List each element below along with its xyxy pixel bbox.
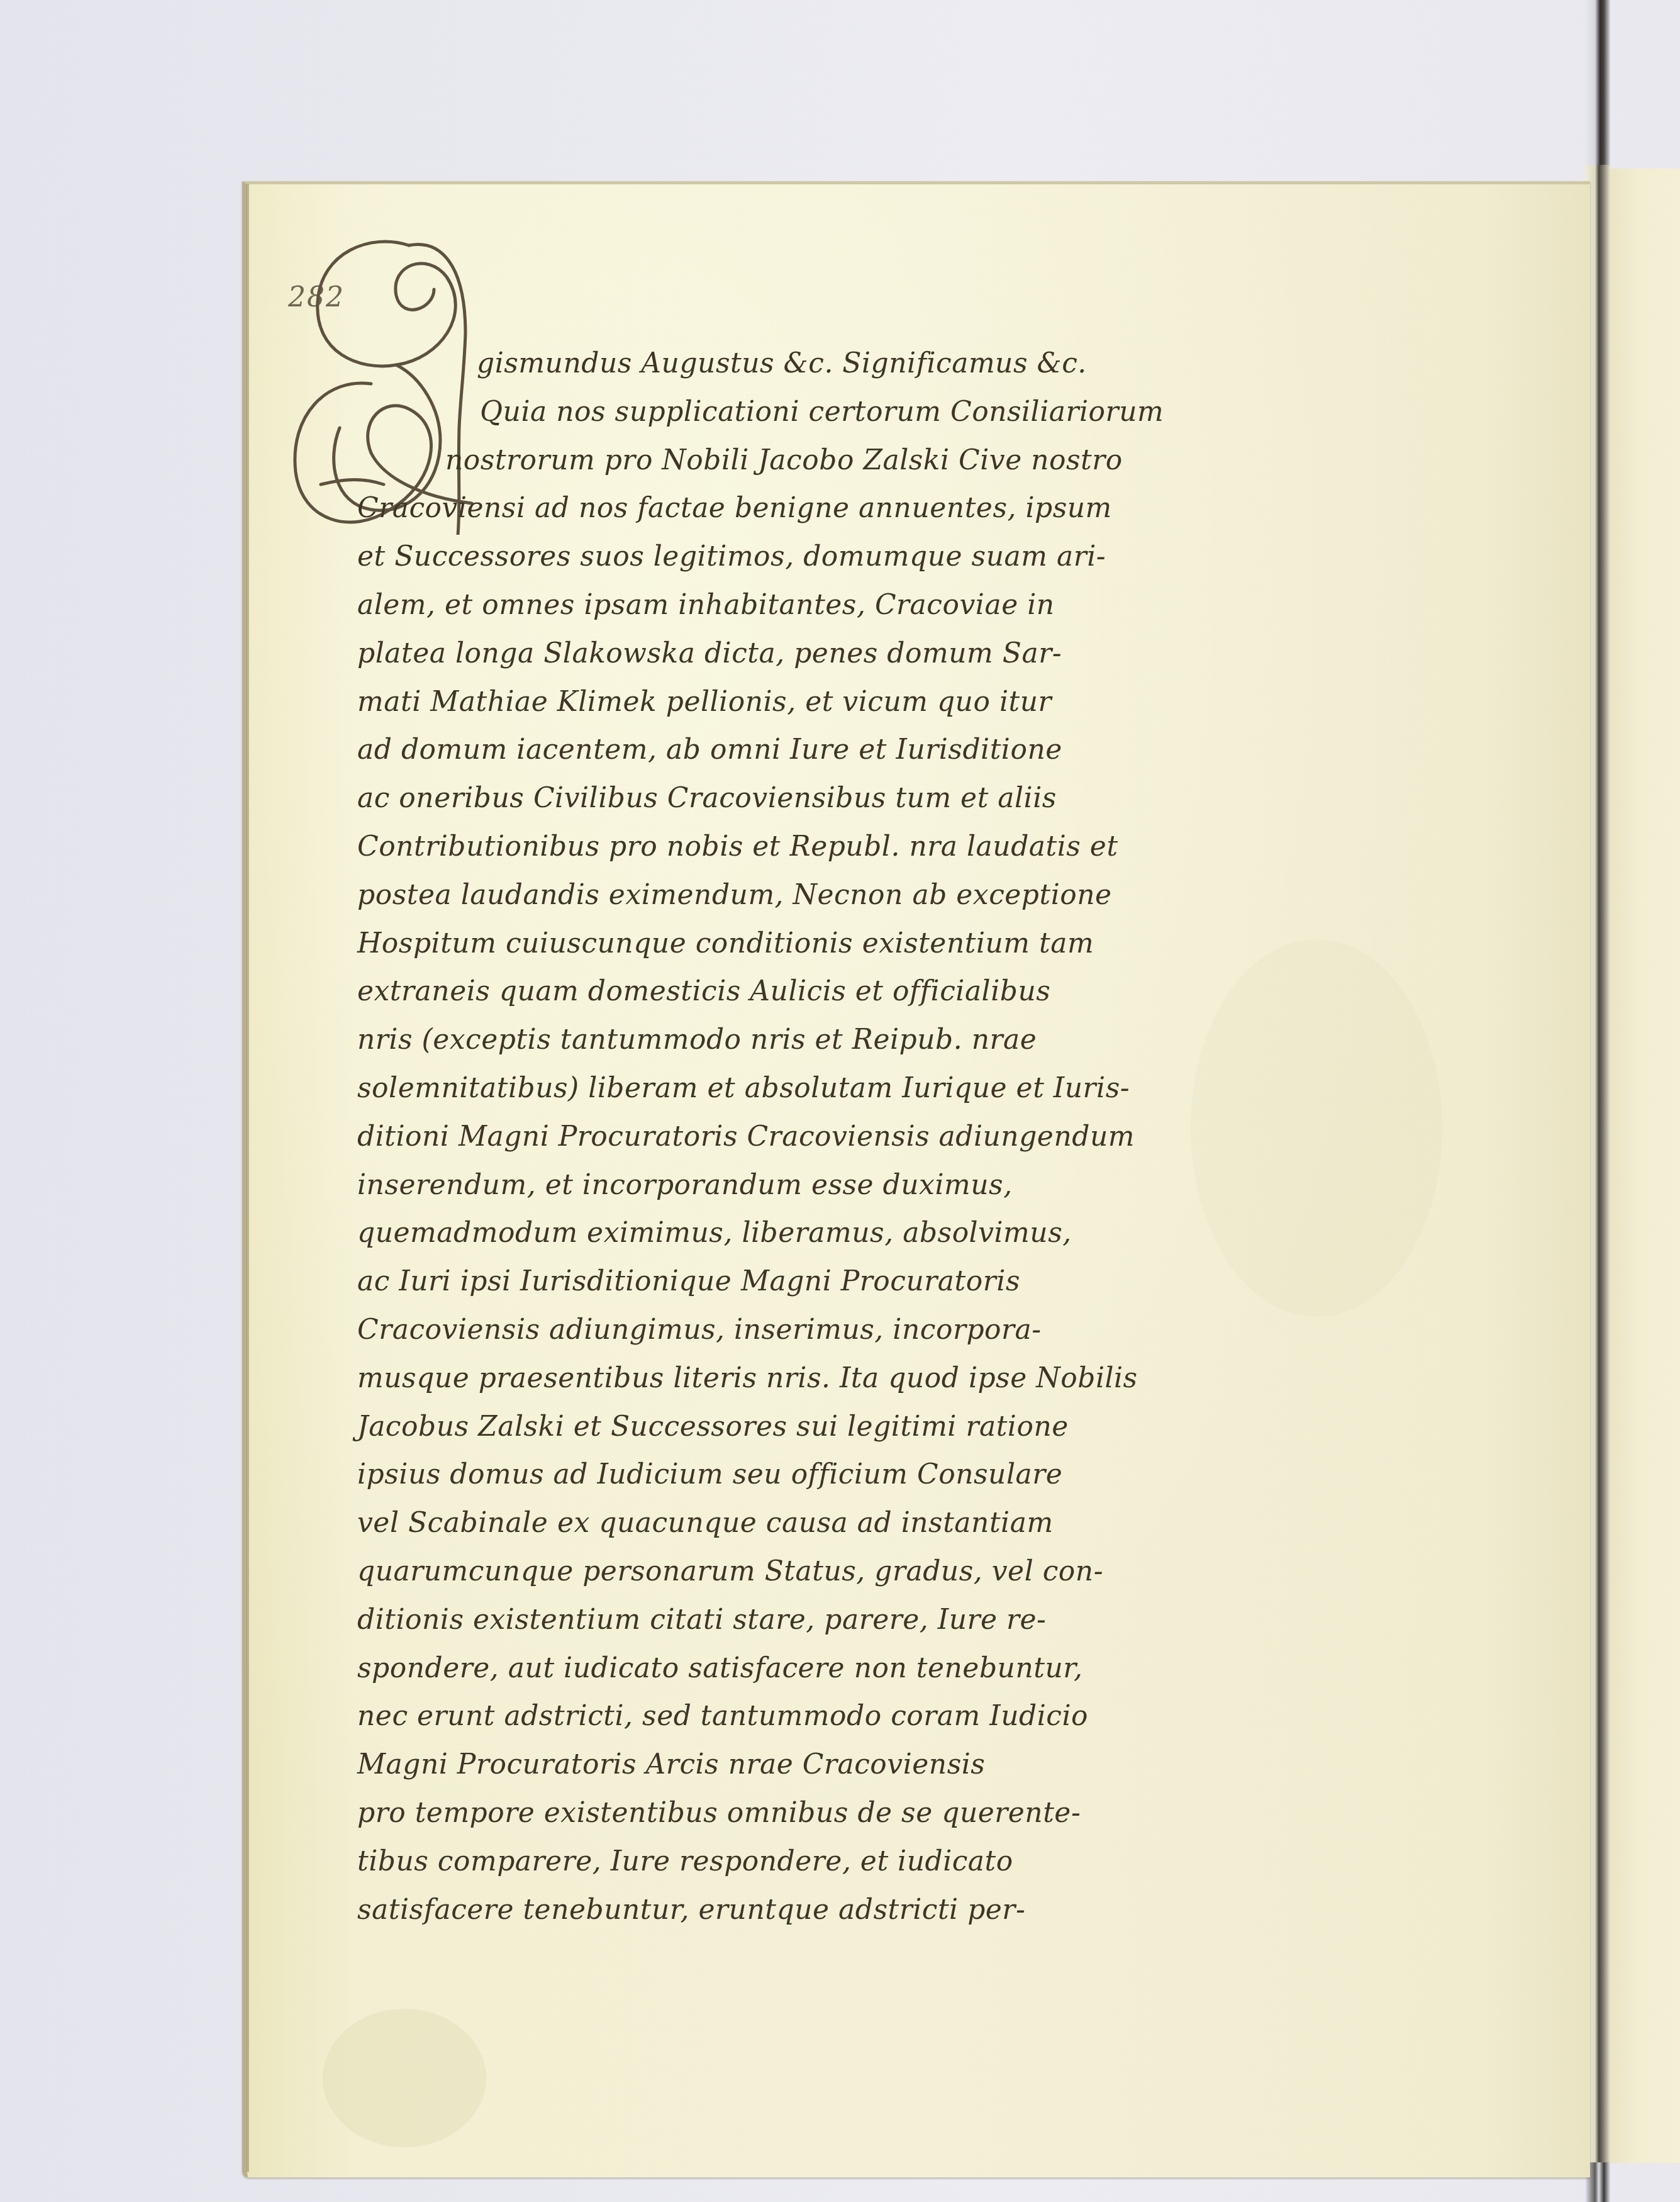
text-line: nris (exceptis tantummodo nris et Reipub… [357,1016,1502,1065]
text-line: quarumcunque personarum Status, gradus, … [357,1548,1502,1596]
text-line: ditionis existentium citati stare, parer… [357,1596,1502,1645]
text-line: ac oneribus Civilibus Cracoviensibus tum… [357,774,1502,823]
adjacent-page-edge [1610,169,1680,2163]
text-line: Cracoviensi ad nos factae benigne annuen… [357,484,1502,533]
text-line: alem, et omnes ipsam inhabitantes, Craco… [357,581,1502,630]
text-line: Hospitum cuiuscunque conditionis existen… [357,920,1502,968]
text-line: solemnitatibus) liberam et absolutam Iur… [357,1065,1502,1113]
text-line: quemadmodum eximimus, liberamus, absolvi… [357,1209,1502,1258]
text-line: musque praesentibus literis nris. Ita qu… [357,1355,1502,1403]
text-line: nostrorum pro Nobili Jacobo Zalski Cive … [357,437,1502,485]
text-line: extraneis quam domesticis Aulicis et off… [357,968,1502,1016]
text-line: et Successores suos legitimos, domumque … [357,533,1502,581]
text-line: Jacobus Zalski et Successores sui legiti… [357,1403,1502,1451]
text-line: Magni Procuratoris Arcis nrae Cracoviens… [357,1741,1502,1789]
water-stain [323,2009,486,2147]
text-line: ipsius domus ad Iudicium seu officium Co… [357,1451,1502,1499]
gutter-shadow-top [1585,0,1610,165]
text-line: tibus comparere, Iure respondere, et iud… [357,1838,1502,1886]
text-line: pro tempore existentibus omnibus de se q… [357,1789,1502,1838]
text-line: Contributionibus pro nobis et Republ. nr… [357,823,1502,871]
text-line: spondere, aut iudicato satisfacere non t… [357,1645,1502,1693]
text-line: inserendum, et incorporandum esse duximu… [357,1161,1502,1210]
text-line: Cracoviensis adiungimus, inserimus, inco… [357,1306,1502,1355]
text-line: satisfacere tenebuntur, eruntque adstric… [357,1886,1502,1935]
text-line: vel Scabinale ex quacunque causa ad inst… [357,1499,1502,1548]
text-line: ditioni Magni Procuratoris Cracoviensis … [357,1113,1502,1161]
text-line: nec erunt adstricti, sed tantummodo cora… [357,1692,1502,1741]
text-line: gismundus Augustus &c. Significamus &c. [357,340,1502,388]
text-line: ac Iuri ipsi Iurisditionique Magni Procu… [357,1258,1502,1306]
text-line: Quia nos supplicationi certorum Consilia… [357,388,1502,437]
page-edge [247,184,249,2172]
text-line: mati Mathiae Klimek pellionis, et vicum … [357,678,1502,727]
text-line: platea longa Slakowska dicta, penes domu… [357,630,1502,678]
manuscript-text: gismundus Augustus &c. Significamus &c. … [357,340,1502,1934]
text-line: ad domum iacentem, ab omni Iure et Iuris… [357,726,1502,774]
text-line: postea laudandis eximendum, Necnon ab ex… [357,871,1502,920]
